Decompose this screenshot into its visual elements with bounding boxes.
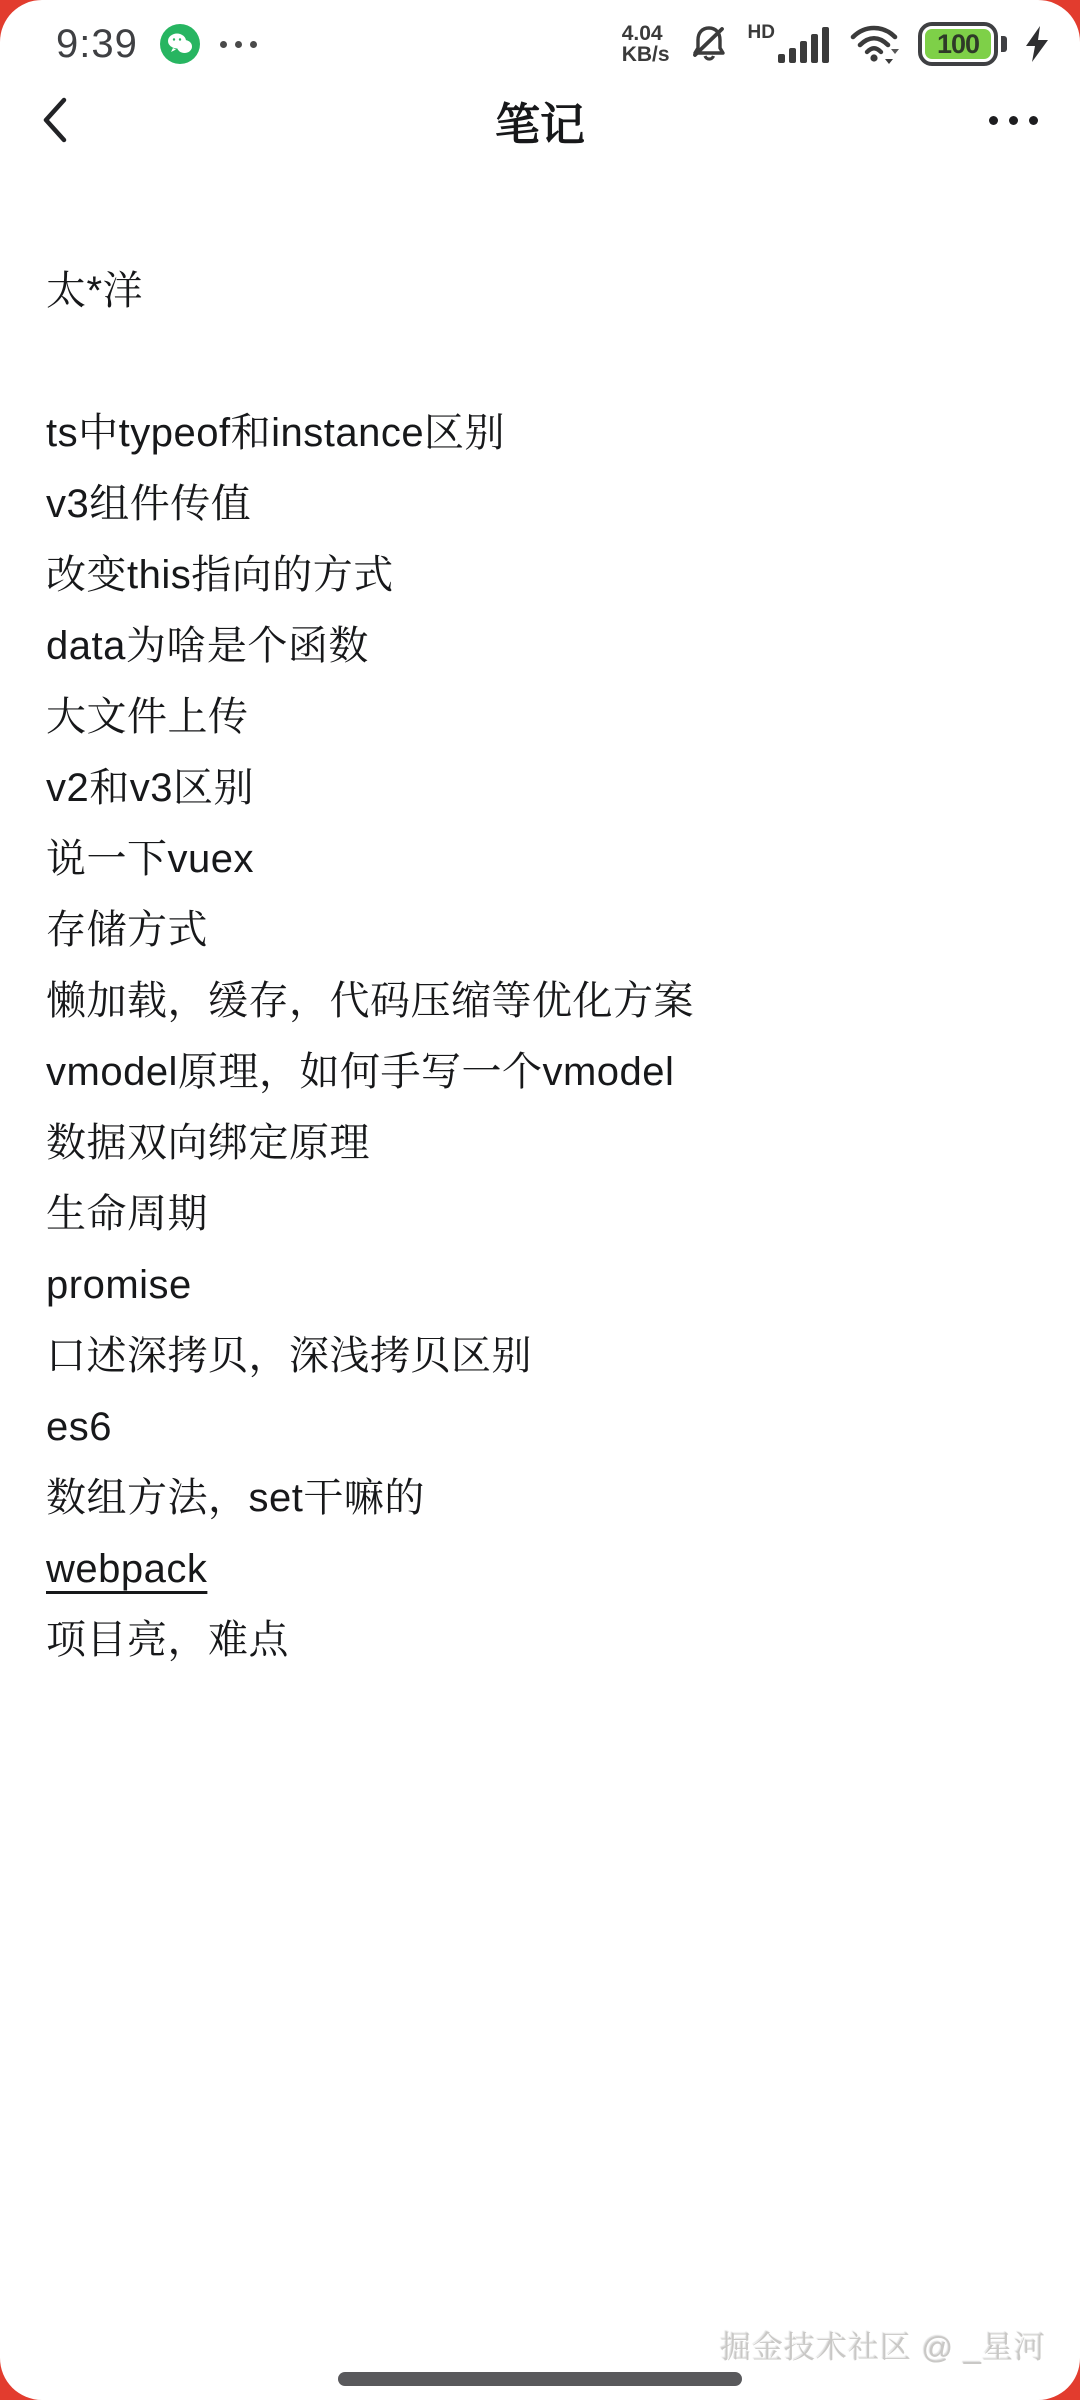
status-bar: 9:39 4.04 KB/s bbox=[0, 16, 1080, 72]
more-dots-icon bbox=[220, 41, 257, 48]
note-line: v3组件传值 bbox=[46, 469, 1044, 540]
note-line: 太*洋 bbox=[46, 256, 1044, 327]
note-line: 改变this指向的方式 bbox=[46, 540, 1044, 611]
note-line: vmodel原理，如何手写一个vmodel bbox=[46, 1037, 1044, 1108]
battery-percent: 100 bbox=[925, 29, 991, 59]
note-line: 说一下vuex bbox=[46, 824, 1044, 895]
wifi-icon bbox=[849, 23, 901, 65]
status-bar-right: 4.04 KB/s HD bbox=[622, 22, 1050, 66]
note-line: es6 bbox=[46, 1392, 1044, 1463]
more-menu-icon[interactable] bbox=[989, 88, 1038, 152]
wechat-icon bbox=[160, 24, 200, 64]
network-speed-unit: KB/s bbox=[622, 44, 670, 65]
phone-screen: 9:39 4.04 KB/s bbox=[0, 0, 1080, 2400]
note-line: 口述深拷贝，深浅拷贝区别 bbox=[46, 1321, 1044, 1392]
note-line: 项目亮，难点 bbox=[46, 1605, 1044, 1676]
note-line: 存储方式 bbox=[46, 895, 1044, 966]
note-line: webpack bbox=[46, 1534, 1044, 1605]
battery-icon: 100 bbox=[918, 22, 1007, 66]
note-line: 数据双向绑定原理 bbox=[46, 1108, 1044, 1179]
note-line: ts中typeof和instance区别 bbox=[46, 398, 1044, 469]
hd-label: HD bbox=[748, 24, 775, 42]
page-title: 笔记 bbox=[0, 88, 1080, 153]
clock: 9:39 bbox=[56, 22, 138, 67]
watermark: 掘金技术社区 @ _星河 bbox=[720, 2322, 1046, 2367]
nav-bar: 笔记 bbox=[0, 88, 1080, 152]
bell-muted-icon bbox=[687, 22, 731, 66]
note-line: 大文件上传 bbox=[46, 682, 1044, 753]
network-speed: 4.04 KB/s bbox=[622, 23, 670, 65]
charging-bolt-icon bbox=[1024, 25, 1050, 63]
note-line: 数组方法，set干嘛的 bbox=[46, 1463, 1044, 1534]
note-line: data为啥是个函数 bbox=[46, 611, 1044, 682]
signal-bars-icon: HD bbox=[748, 24, 832, 64]
note-line: 生命周期 bbox=[46, 1179, 1044, 1250]
note-editor[interactable]: 太*洋 ts中typeof和instance区别 v3组件传值 改变this指向… bbox=[46, 256, 1044, 1676]
note-line: 懒加载，缓存，代码压缩等优化方案 bbox=[46, 966, 1044, 1037]
network-speed-value: 4.04 bbox=[622, 23, 670, 44]
note-line bbox=[46, 327, 1044, 398]
note-line: promise bbox=[46, 1250, 1044, 1321]
home-indicator[interactable] bbox=[338, 2372, 742, 2386]
note-line: v2和v3区别 bbox=[46, 753, 1044, 824]
